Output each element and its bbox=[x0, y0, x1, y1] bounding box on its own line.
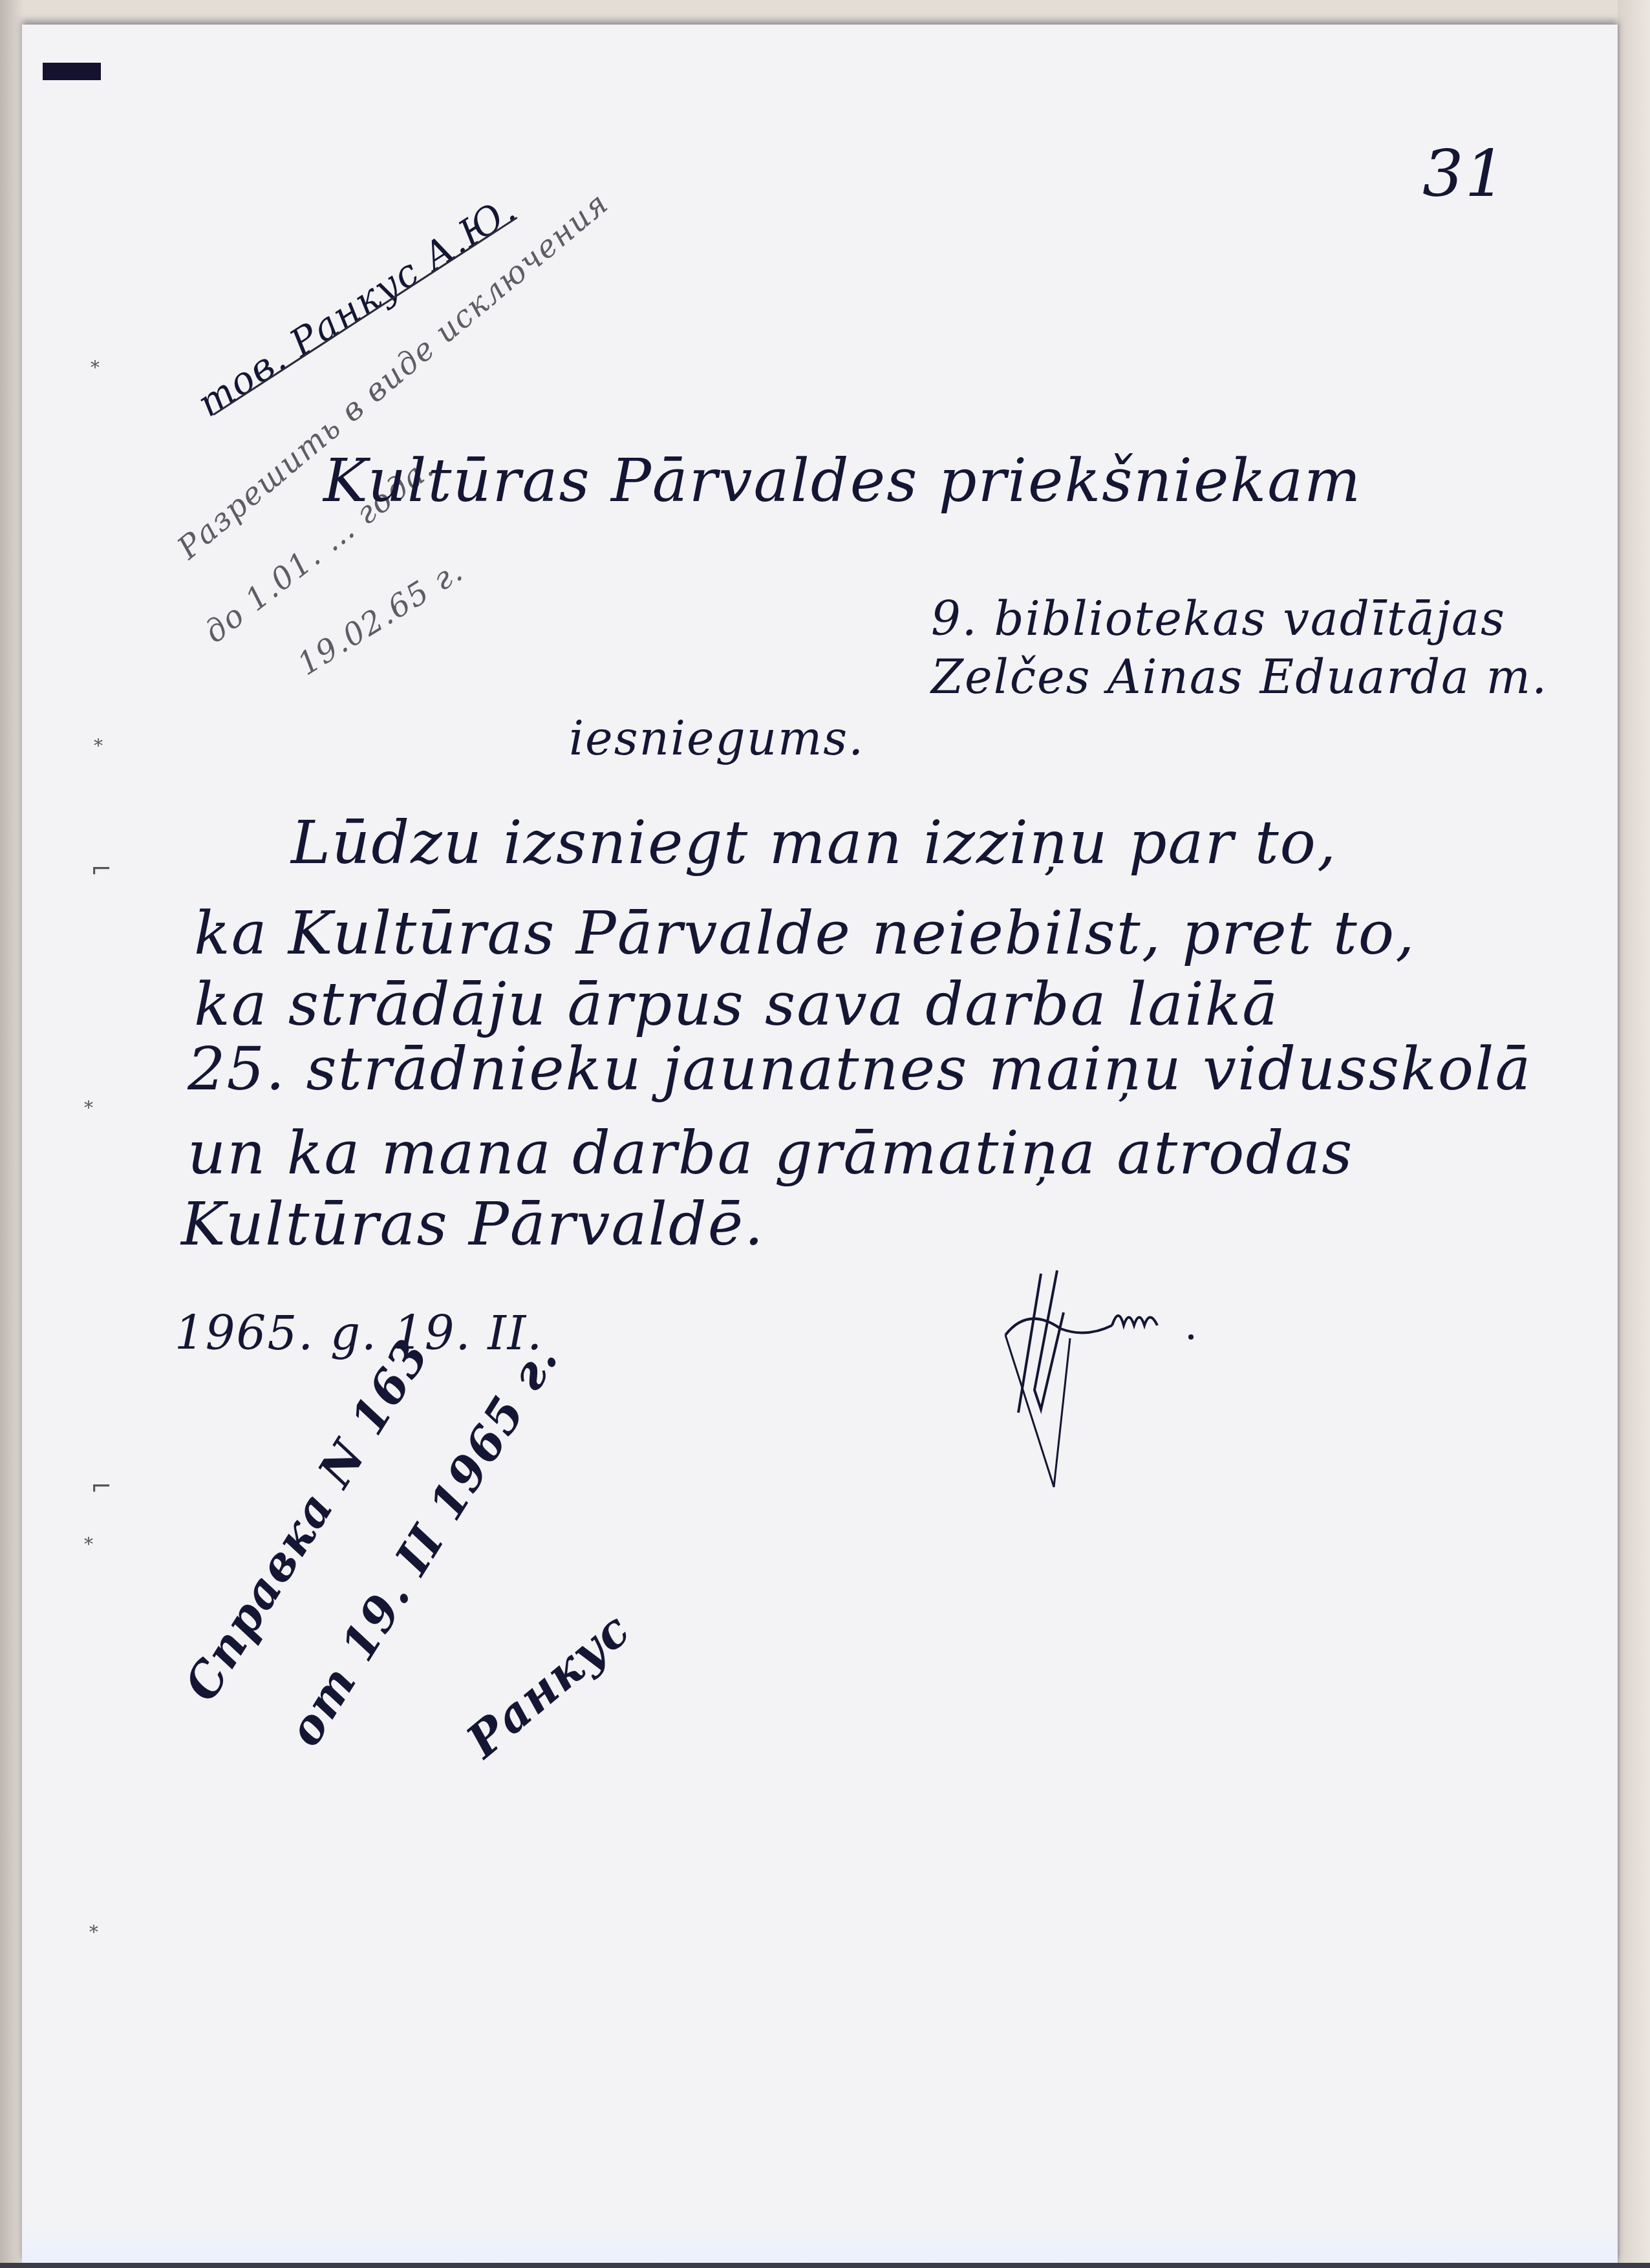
binding-hole-mark: * bbox=[89, 1923, 98, 1942]
binding-hole-mark: ⌐ bbox=[91, 1474, 112, 1500]
sender-line1: 9. bibliotekas vadītājas bbox=[931, 592, 1506, 646]
scanner-edge-right bbox=[1618, 0, 1650, 2268]
scanner-edge-bottom bbox=[0, 2263, 1650, 2268]
body-line: Kultūras Pārvaldē. bbox=[181, 1190, 764, 1259]
body-line: ka strādāju ārpus sava darba laikā bbox=[194, 970, 1279, 1039]
binding-hole-mark: * bbox=[84, 1099, 93, 1117]
document-type: iesniegums. bbox=[569, 711, 864, 765]
body-line: ka Kultūras Pārvalde neiebilst, pret to, bbox=[194, 899, 1415, 968]
scanner-edge-left bbox=[0, 0, 23, 2268]
page-number: 31 bbox=[1422, 136, 1507, 211]
scan-registration-mark bbox=[43, 63, 101, 80]
body-line: Lūdzu izsniegt man izziņu par to, bbox=[291, 808, 1337, 877]
binding-hole-mark: * bbox=[94, 737, 103, 755]
binding-hole-mark: ⌐ bbox=[91, 857, 112, 883]
addressee-line: Kultūras Pārvaldes priekšniekam bbox=[323, 446, 1362, 515]
binding-hole-mark: * bbox=[84, 1535, 93, 1554]
binding-hole-mark: * bbox=[91, 359, 100, 377]
sender-line2: Zelčes Ainas Eduarda m. bbox=[931, 650, 1548, 704]
body-line: 25. strādnieku jaunatnes maiņu vidusskol… bbox=[187, 1034, 1532, 1104]
date-written: 1965. g. 19. II. bbox=[175, 1306, 543, 1360]
body-line: un ka mana darba grāmatiņa atrodas bbox=[187, 1118, 1353, 1188]
